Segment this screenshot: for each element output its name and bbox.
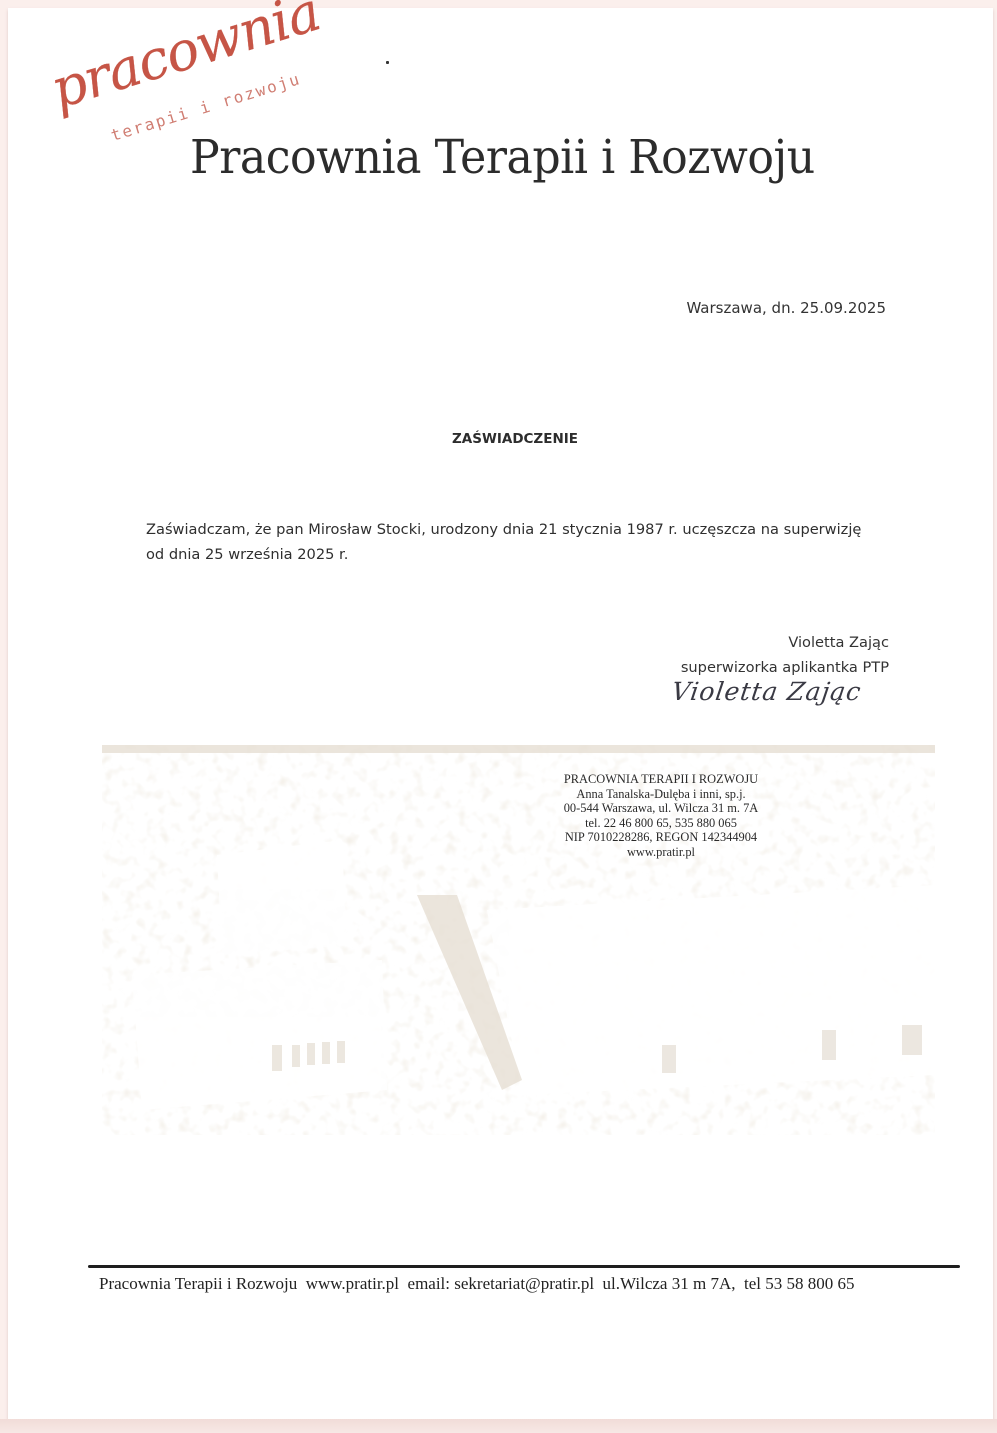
stamp-line: Anna Tanalska-Dulęba i inni, sp.j.	[520, 787, 802, 802]
footer-divider	[88, 1265, 960, 1268]
company-stamp: PRACOWNIA TERAPII I ROZWOJU Anna Tanalsk…	[520, 772, 802, 859]
footer-contact-line: Pracownia Terapii i Rozwoju www.pratir.p…	[99, 1274, 854, 1294]
place-and-date: Warszawa, dn. 25.09.2025	[686, 299, 886, 317]
stamp-line: NIP 7010228286, REGON 142344904	[520, 830, 802, 845]
document-page	[8, 8, 993, 1422]
signer-name: Violetta Zając	[681, 630, 889, 655]
document-heading: ZAŚWIADCZENIE	[0, 431, 997, 447]
body-line: Zaświadczam, że pan Mirosław Stocki, uro…	[146, 517, 906, 542]
certificate-body: Zaświadczam, że pan Mirosław Stocki, uro…	[146, 517, 906, 567]
body-line: od dnia 25 września 2025 r.	[146, 542, 906, 567]
building-watermark-image	[102, 745, 935, 1135]
scan-speck	[386, 61, 389, 64]
stamp-line: PRACOWNIA TERAPII I ROZWOJU	[520, 772, 802, 787]
letterhead-title: Pracownia Terapii i Rozwoju	[190, 130, 815, 185]
handwritten-signature: Violetta Zając	[670, 677, 863, 706]
stamp-line: www.pratir.pl	[520, 845, 802, 860]
stamp-line: 00-544 Warszawa, ul. Wilcza 31 m. 7A	[520, 801, 802, 816]
stamp-line: tel. 22 46 800 65, 535 880 065	[520, 816, 802, 831]
signer-block: Violetta Zając superwizorka aplikantka P…	[681, 630, 889, 680]
page-edge-shadow	[0, 1419, 997, 1433]
